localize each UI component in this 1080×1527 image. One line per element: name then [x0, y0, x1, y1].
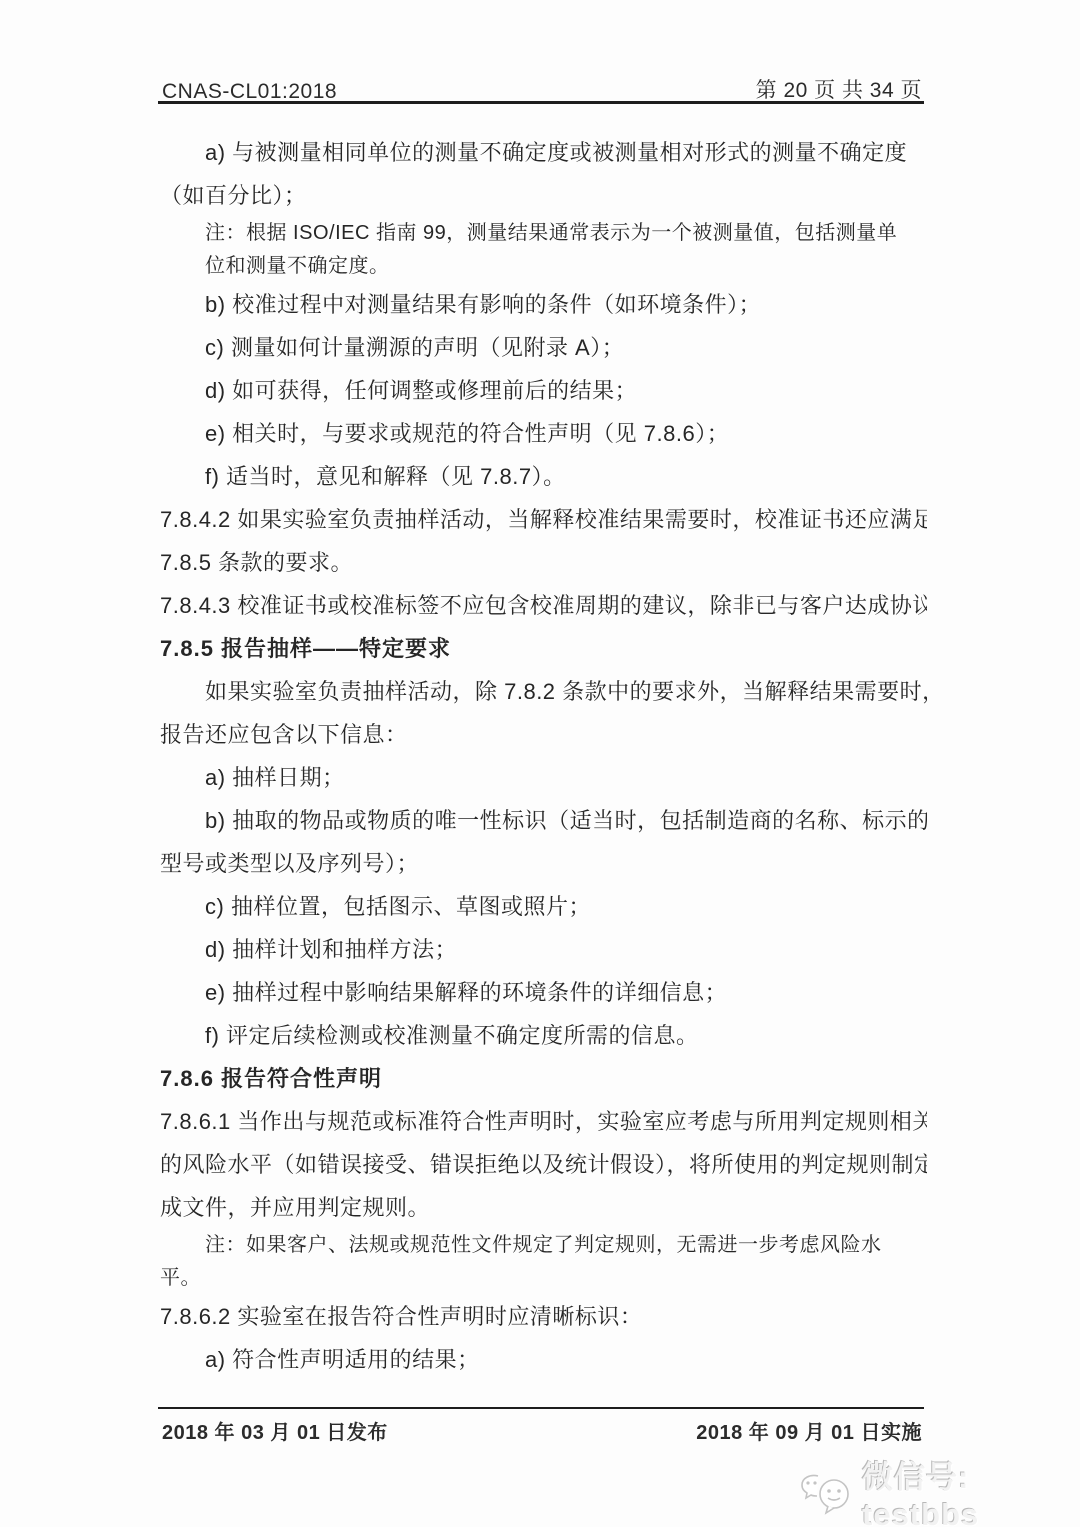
text-line: 型号或类型以及序列号）；	[160, 842, 927, 885]
text-line: 7.8.5 报告抽样——特定要求	[160, 627, 927, 670]
text-line: 7.8.6.2 实验室在报告符合性声明时应清晰标识：	[160, 1295, 927, 1338]
text-line: 注：如果客户、法规或规范性文件规定了判定规则，无需进一步考虑风险水	[160, 1229, 927, 1262]
text-line: e) 抽样过程中影响结果解释的环境条件的详细信息；	[160, 971, 927, 1014]
text-line: a) 与被测量相同单位的测量不确定度或被测量相对形式的测量不确定度	[160, 131, 927, 174]
text-line: a) 抽样日期；	[160, 756, 927, 799]
text-line: 成文件，并应用判定规则。	[160, 1186, 927, 1229]
text-line: 7.8.6 报告符合性声明	[160, 1057, 927, 1100]
text-line: c) 抽样位置，包括图示、草图或照片；	[160, 885, 927, 928]
text-line: 如果实验室负责抽样活动，除 7.8.2 条款中的要求外，当解释结果需要时，	[160, 670, 927, 713]
text-line: 注：根据 ISO/IEC 指南 99，测量结果通常表示为一个被测量值，包括测量单	[160, 217, 927, 250]
implement-date: 2018 年 09 月 01 日实施	[696, 1416, 922, 1445]
release-date: 2018 年 03 月 01 日发布	[162, 1416, 388, 1445]
text-line: 平。	[160, 1262, 927, 1295]
page-number: 第 20 页 共 34 页	[756, 74, 922, 104]
header-rule	[158, 101, 924, 104]
text-line: （如百分比）；	[160, 174, 927, 217]
document-page: CNAS-CL01:2018 第 20 页 共 34 页 a) 与被测量相同单位…	[0, 0, 1080, 1527]
text-line: b) 校准过程中对测量结果有影响的条件（如环境条件）；	[160, 283, 927, 326]
text-line: 7.8.5 条款的要求。	[160, 541, 927, 584]
text-line: c) 测量如何计量溯源的声明（见附录 A）；	[160, 326, 927, 369]
text-line: 报告还应包含以下信息：	[160, 713, 927, 756]
text-line: 位和测量不确定度。	[160, 250, 927, 283]
page-header: CNAS-CL01:2018 第 20 页 共 34 页	[162, 74, 922, 104]
text-line: d) 抽样计划和抽样方法；	[160, 928, 927, 971]
footer-rule	[158, 1407, 924, 1409]
text-line: d) 如可获得，任何调整或修理前后的结果；	[160, 369, 927, 412]
text-line: 7.8.6.1 当作出与规范或标准符合性声明时，实验室应考虑与所用判定规则相关	[160, 1100, 927, 1143]
wechat-icon	[798, 1470, 856, 1516]
page-footer: 2018 年 03 月 01 日发布 2018 年 09 月 01 日实施	[162, 1416, 922, 1445]
text-line: a) 符合性声明适用的结果；	[160, 1338, 927, 1381]
text-line: e) 相关时，与要求或规范的符合性声明（见 7.8.6）；	[160, 412, 927, 455]
text-line: f) 适当时，意见和解释（见 7.8.7）。	[160, 455, 927, 498]
text-line: b) 抽取的物品或物质的唯一性标识（适当时，包括制造商的名称、标示的	[160, 799, 927, 842]
text-line: 7.8.4.2 如果实验室负责抽样活动，当解释校准结果需要时，校准证书还应满足	[160, 498, 927, 541]
document-body: a) 与被测量相同单位的测量不确定度或被测量相对形式的测量不确定度（如百分比）；…	[160, 131, 927, 1381]
watermark-label: 微信号: testbbs	[862, 1452, 1080, 1527]
wechat-watermark: 微信号: testbbs	[798, 1452, 1080, 1527]
text-line: 7.8.4.3 校准证书或校准标签不应包含校准周期的建议，除非已与客户达成协议。	[160, 584, 927, 627]
text-line: 的风险水平（如错误接受、错误拒绝以及统计假设），将所使用的判定规则制定	[160, 1143, 927, 1186]
text-line: f) 评定后续检测或校准测量不确定度所需的信息。	[160, 1014, 927, 1057]
